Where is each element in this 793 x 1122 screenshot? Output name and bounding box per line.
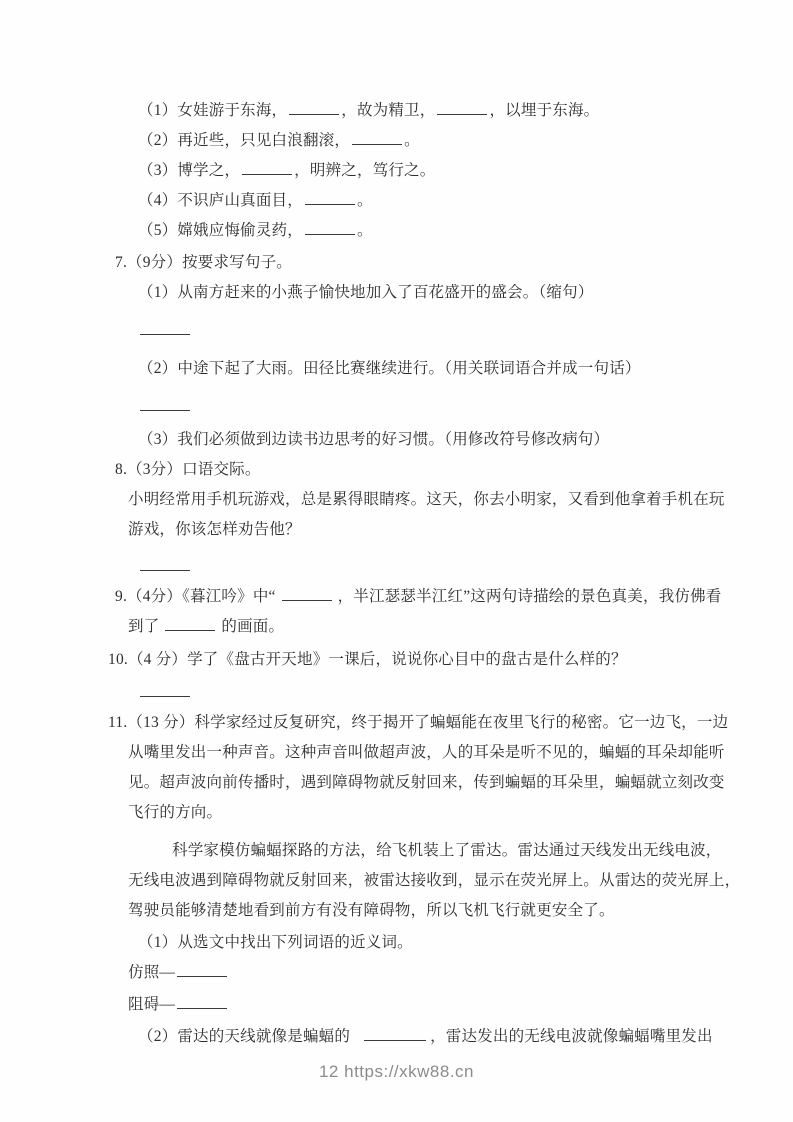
q11-sub-2: （2）雷达的天线就像是蝙蝠的，雷达发出的无线电波就像蝙蝠嘴里发出 <box>138 1022 695 1052</box>
answer-blank <box>140 398 190 411</box>
text-run: （1）从选文中找出下列词语的近义词。 <box>138 934 413 951</box>
text-run: 7.（9分）按要求写句子。 <box>115 254 292 271</box>
text-run: 到了 <box>128 618 159 635</box>
q11-passage-line-1: 11.（13 分）科学家经过反复研究，终于揭开了蝙蝠能在夜里飞行的秘密。它一边飞… <box>108 708 695 738</box>
text-run: （5）嫦娥应悔偷灵药， <box>138 222 303 239</box>
q6-blank-item-4: （4）不识庐山真面目，。 <box>138 186 695 216</box>
exam-page: （1）女娃游于东海，，故为精卫，，以埋于东海。（2）再近些，只见白浪翻滚，。（3… <box>0 0 793 1122</box>
text-run: 9.（4分）《暮江吟》中“ <box>115 588 276 605</box>
answer-blank <box>177 964 227 977</box>
answer-blank <box>289 102 339 115</box>
answer-blank <box>242 162 292 175</box>
text-run: （3）博学之， <box>138 162 240 179</box>
q6-blank-item-5: （5）嫦娥应悔偷灵药，。 <box>138 216 695 246</box>
text-run: 10.（4 分）学了《盘古开天地》一课后，说说你心目中的盘古是什么样的？ <box>108 651 627 668</box>
answer-blank <box>352 132 402 145</box>
q6-blank-item-3: （3）博学之，，明辨之，笃行之。 <box>138 156 695 186</box>
text-run: 。 <box>404 132 420 149</box>
text-run: 11.（13 分）科学家经过反复研究，终于揭开了蝙蝠能在夜里飞行的秘密。它一边飞… <box>108 714 728 731</box>
q8-answer-blank <box>138 552 695 582</box>
q9-line-1: 9.（4分）《暮江吟》中“，半江瑟瑟半江红”这两句诗描绘的景色真美，我仿佛看 <box>115 582 695 612</box>
q6-blank-item-2: （2）再近些，只见白浪翻滚，。 <box>138 126 695 156</box>
text-run: （1）从南方赶来的小燕子愉快地加入了百花盛开的盛会。（缩句） <box>138 284 594 301</box>
answer-blank <box>177 996 227 1009</box>
q8-heading: 8.（3分）口语交际。 <box>115 455 695 485</box>
answer-blank <box>165 618 215 631</box>
q11-synonym-fangzhao: 仿照— <box>128 958 695 988</box>
text-run: ，以埋于东海。 <box>489 102 599 119</box>
text-run: 驾驶员能够清楚地看到前方有没有障碍物，所以飞机飞行就更安全了。 <box>128 902 615 919</box>
text-run: 。 <box>357 192 373 209</box>
text-run: （2）雷达的天线就像是蝙蝠的 <box>138 1028 350 1045</box>
text-run: 游戏，你该怎样劝告他？ <box>128 521 301 538</box>
q7-answer-blank-2 <box>138 392 695 422</box>
text-run: 。 <box>357 222 373 239</box>
q9-line-2: 到了的画面。 <box>128 612 695 642</box>
page-footer: 12 https://xkw88.cn <box>0 1062 793 1082</box>
text-run: 的画面。 <box>221 618 284 635</box>
text-run: 飞行的方向。 <box>128 804 222 821</box>
answer-blank <box>364 1028 426 1041</box>
answer-blank <box>140 322 190 335</box>
answer-blank <box>282 588 332 601</box>
q7-sub-3: （3）我们必须做到边读书边思考的好习惯。（用修改符号修改病句） <box>138 425 695 455</box>
answer-blank <box>140 684 190 697</box>
q7-answer-blank-1 <box>138 316 695 346</box>
answer-blank <box>140 558 190 571</box>
text-run: （4）不识庐山真面目， <box>138 192 303 209</box>
text-run: 8.（3分）口语交际。 <box>115 461 261 478</box>
text-run: 小明经常用手机玩游戏，总是累得眼睛疼。这天，你去小明家，又看到他拿着手机在玩 <box>128 491 725 508</box>
text-run: ，雷达发出的无线电波就像蝙蝠嘴里发出 <box>430 1028 713 1045</box>
text-run: 从嘴里发出一种声音。这种声音叫做超声波，人的耳朵是听不见的，蝙蝠的耳朵却能听 <box>128 744 725 761</box>
q11-sub-1: （1）从选文中找出下列词语的近义词。 <box>138 928 695 958</box>
text-run: （2）再近些，只见白浪翻滚， <box>138 132 350 149</box>
q11-passage-line-4: 飞行的方向。 <box>128 798 695 828</box>
q8-passage-line-1: 小明经常用手机玩游戏，总是累得眼睛疼。这天，你去小明家，又看到他拿着手机在玩 <box>128 485 695 515</box>
q8-passage-line-2: 游戏，你该怎样劝告他？ <box>128 515 695 545</box>
q7-heading: 7.（9分）按要求写句子。 <box>115 248 695 278</box>
q6-blank-item-1: （1）女娃游于东海，，故为精卫，，以埋于东海。 <box>138 96 695 126</box>
q11-passage-line-3: 见。超声波向前传播时，遇到障碍物就反射回来，传到蝙蝠的耳朵里，蝙蝠就立刻改变 <box>128 768 695 798</box>
document-lines: （1）女娃游于东海，，故为精卫，，以埋于东海。（2）再近些，只见白浪翻滚，。（3… <box>115 96 695 1052</box>
page-number: 12 <box>319 1062 339 1081</box>
text-run: （2）中途下起了大雨。田径比赛继续进行。（用关联词语合并成一句话） <box>138 360 641 377</box>
q10-answer-blank <box>138 678 695 708</box>
q7-sub-1: （1）从南方赶来的小燕子愉快地加入了百花盛开的盛会。（缩句） <box>138 278 695 308</box>
watermark-url: https://xkw88.cn <box>344 1062 474 1081</box>
q11-passage-line-7: 驾驶员能够清楚地看到前方有没有障碍物，所以飞机飞行就更安全了。 <box>128 896 695 926</box>
text-run: ，明辨之，笃行之。 <box>294 162 435 179</box>
text-run: 阻碍— <box>128 996 175 1013</box>
q11-synonym-zuai: 阻碍— <box>128 990 695 1020</box>
text-run: （1）女娃游于东海， <box>138 102 287 119</box>
text-run: ，故为精卫， <box>341 102 435 119</box>
text-run: （3）我们必须做到边读书边思考的好习惯。（用修改符号修改病句） <box>138 431 609 448</box>
text-run: 科学家模仿蝙蝠探路的方法，给飞机装上了雷达。雷达通过天线发出无线电波， <box>172 842 722 859</box>
q11-passage-line-5: 科学家模仿蝙蝠探路的方法，给飞机装上了雷达。雷达通过天线发出无线电波， <box>172 836 695 866</box>
text-run: ，半江瑟瑟半江红”这两句诗描绘的景色真美，我仿佛看 <box>338 588 722 605</box>
answer-blank <box>305 192 355 205</box>
answer-blank <box>305 222 355 235</box>
q11-passage-line-2: 从嘴里发出一种声音。这种声音叫做超声波，人的耳朵是听不见的，蝙蝠的耳朵却能听 <box>128 738 695 768</box>
q7-sub-2: （2）中途下起了大雨。田径比赛继续进行。（用关联词语合并成一句话） <box>138 354 695 384</box>
q10-heading: 10.（4 分）学了《盘古开天地》一课后，说说你心目中的盘古是什么样的？ <box>108 645 695 675</box>
answer-blank <box>437 102 487 115</box>
q11-passage-line-6: 无线电波遇到障碍物就反射回来，被雷达接收到，显示在荧光屏上。从雷达的荧光屏上， <box>128 866 695 896</box>
text-run: 见。超声波向前传播时，遇到障碍物就反射回来，传到蝙蝠的耳朵里，蝙蝠就立刻改变 <box>128 774 725 791</box>
text-run: 无线电波遇到障碍物就反射回来，被雷达接收到，显示在荧光屏上。从雷达的荧光屏上， <box>128 872 740 889</box>
text-run: 仿照— <box>128 964 175 981</box>
